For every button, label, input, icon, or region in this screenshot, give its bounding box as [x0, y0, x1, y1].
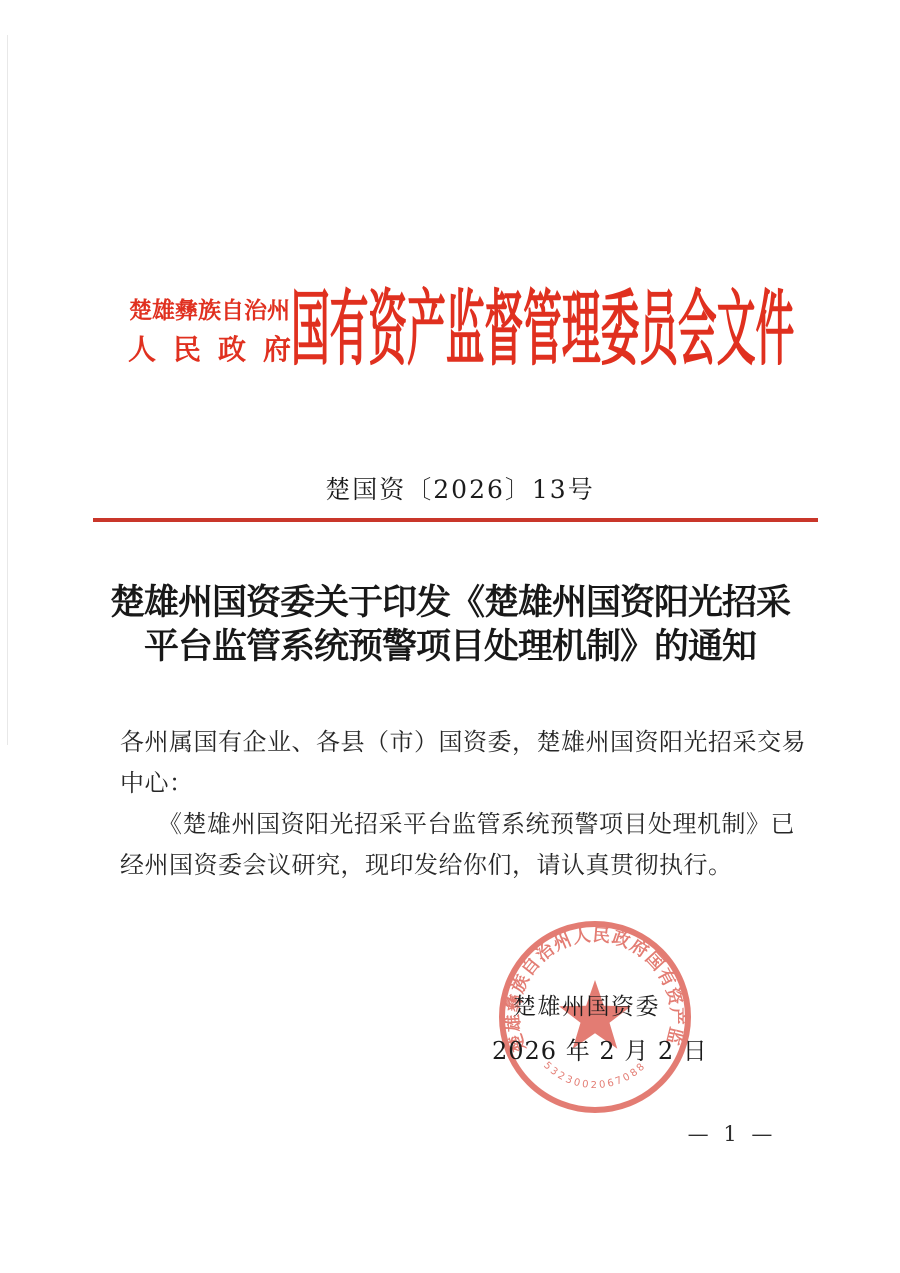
document-title-line2: 平台监管系统预警项目处理机制》的通知: [60, 625, 840, 669]
letterhead-org-title: 国有资产监督管理委员会文件: [291, 286, 794, 372]
issuer-region-text: 楚雄彝族自治州: [128, 295, 291, 327]
scan-edge-artifact: [7, 35, 8, 745]
body-line-1: 各州属国有企业、各县（市）国资委，楚雄州国资阳光招采交易: [120, 722, 802, 763]
body-line-3: 《楚雄州国资阳光招采平台监管系统预警项目处理机制》已: [120, 804, 802, 845]
red-divider-rule: [93, 518, 818, 522]
document-page: 楚雄彝族自治州 人民政府 国有资产监督管理委员会文件 楚国资〔2026〕13号 …: [0, 0, 900, 1273]
body-line-4: 经州国资委会议研究，现印发给你们，请认真贯彻执行。: [120, 845, 802, 886]
document-number: 楚国资〔2026〕13号: [20, 470, 900, 506]
body-line-2: 中心：: [120, 763, 802, 804]
letterhead-issuer: 楚雄彝族自治州 人民政府: [128, 295, 291, 367]
issuer-government-text: 人民政府: [128, 333, 291, 367]
signature-organization: 楚雄州国资委: [513, 988, 660, 1021]
document-title: 楚雄州国资委关于印发《楚雄州国资阳光招采 平台监管系统预警项目处理机制》的通知: [60, 581, 840, 669]
page-number: — 1 —: [660, 1122, 800, 1146]
document-body: 各州属国有企业、各县（市）国资委，楚雄州国资阳光招采交易 中心： 《楚雄州国资阳…: [120, 722, 802, 886]
document-title-line1: 楚雄州国资委关于印发《楚雄州国资阳光招采: [60, 581, 840, 625]
signature-date: 2026 年 2 月 2 日: [492, 1031, 708, 1066]
